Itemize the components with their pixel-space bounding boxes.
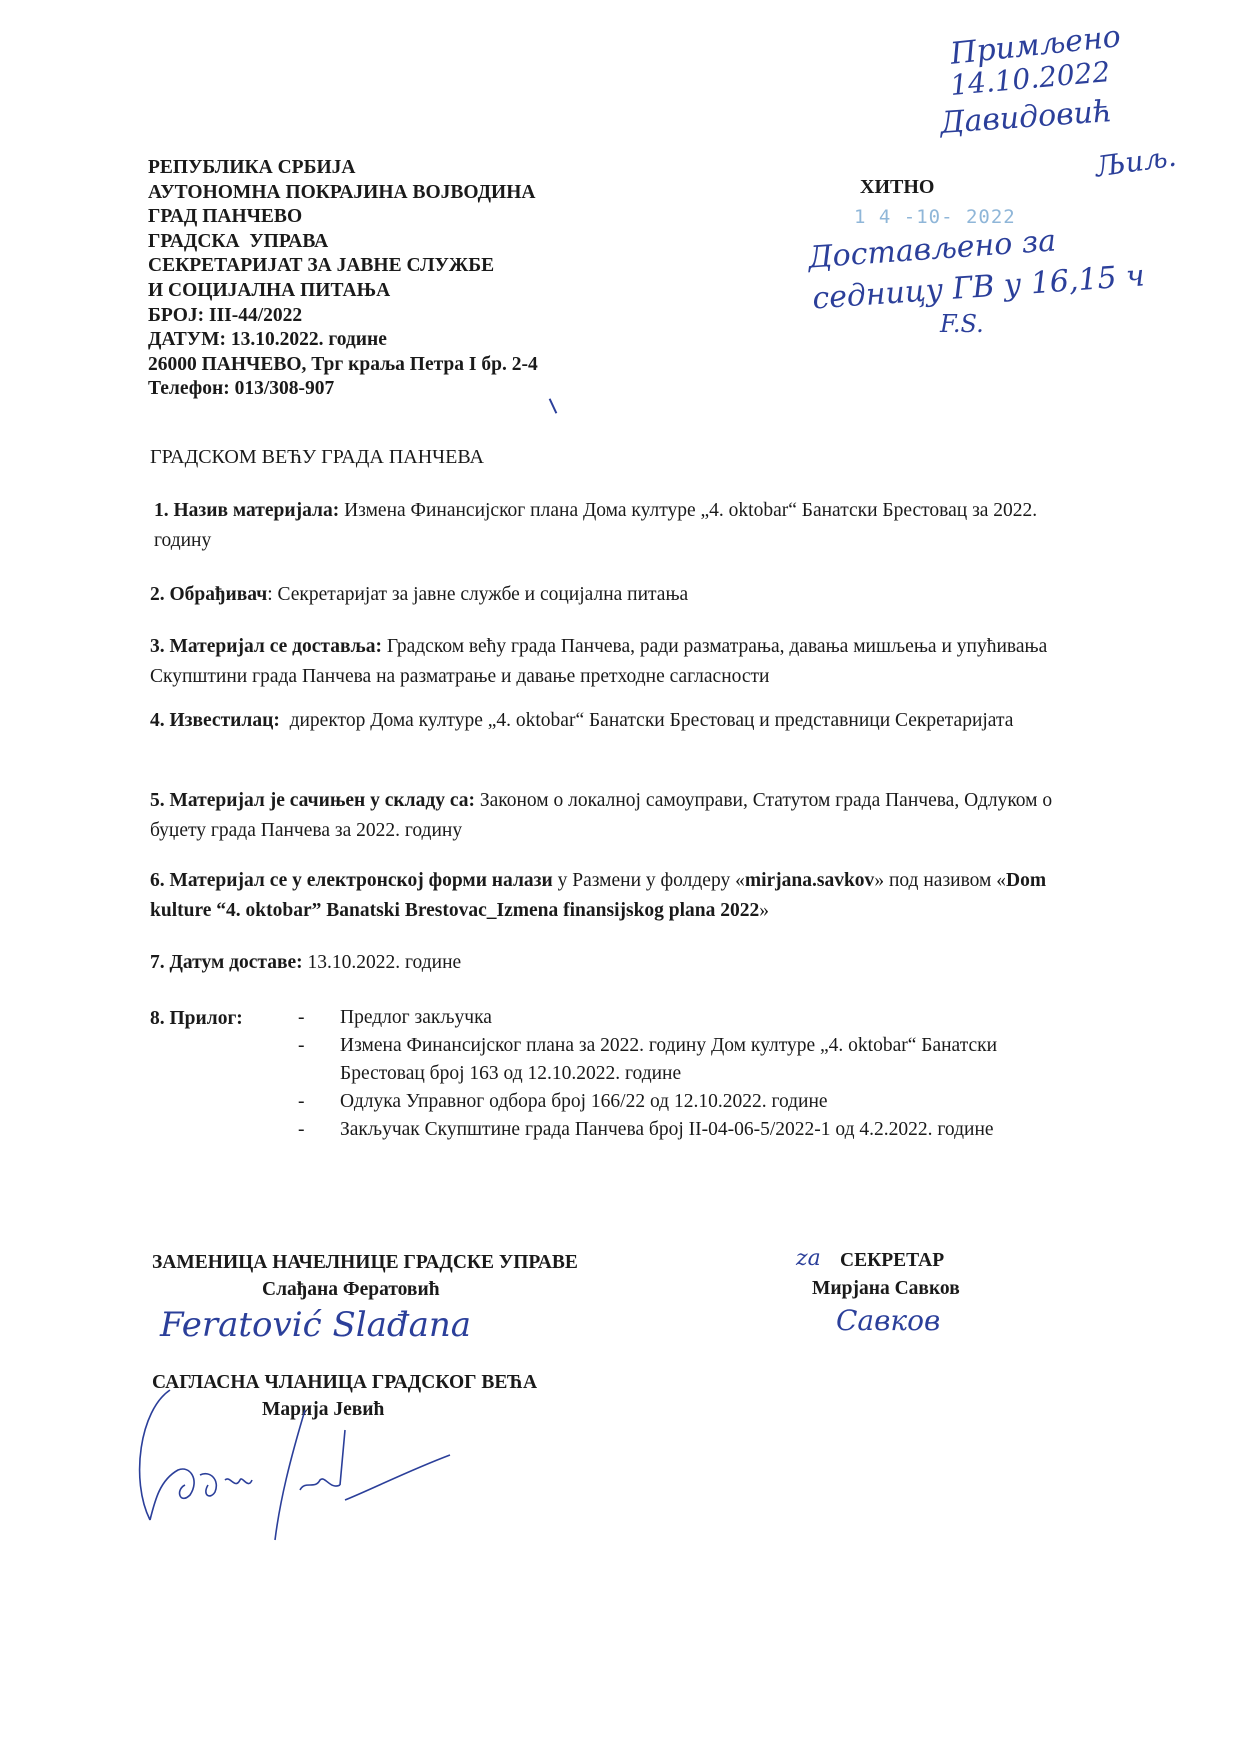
address: 26000 ПАНЧЕВО, Трг краља Петра I бр. 2-4: [148, 353, 538, 378]
item-legal-basis: 5. Материјал је сачињен у складу са: Зак…: [150, 786, 1080, 846]
item-reporter: 4. Известилац: директор Дома културе „4.…: [150, 706, 1080, 736]
item-delivered-to: 3. Материјал се доставља: Градском већу …: [150, 632, 1080, 692]
item-text: директор Дома културе „4. oktobar“ Банат…: [280, 710, 1014, 731]
folder-name: mirjana.savkov: [745, 870, 874, 891]
handwritten-note: Љиљ.: [1093, 139, 1178, 183]
letterhead-line: ГРАДСКА УПРАВА: [148, 230, 538, 255]
handwritten-note: Давидовић: [939, 94, 1113, 141]
item-material-name: 1. Назив материјала: Измена Финансијског…: [154, 496, 1084, 556]
letterhead-line: СЕКРЕТАРИЈАТ ЗА ЈАВНЕ СЛУЖБЕ: [148, 254, 538, 279]
attachment-item: -Одлука Управног одбора број 166/22 од 1…: [298, 1088, 1078, 1116]
secretary-signature: Савков: [836, 1304, 940, 1337]
letterhead: РЕПУБЛИКА СРБИЈА АУТОНОМНА ПОКРАЈИНА ВОЈ…: [148, 156, 538, 402]
item-text: : Секретаријат за јавне службе и социјал…: [267, 584, 688, 605]
letterhead-line: АУТОНОМНА ПОКРАЈИНА ВОЈВОДИНА: [148, 181, 538, 206]
item-label: 4. Известилац:: [150, 710, 280, 731]
document-number: БРОЈ: III-44/2022: [148, 304, 538, 329]
letterhead-line: ГРАД ПАНЧЕВО: [148, 205, 538, 230]
item-label: 2. Обрађивач: [150, 584, 267, 605]
letterhead-line: РЕПУБЛИКА СРБИЈА: [148, 156, 538, 181]
letterhead-line: И СОЦИЈАЛНА ПИТАЊА: [148, 279, 538, 304]
item-electronic-form: 6. Материјал се у електронској форми нал…: [150, 866, 1080, 926]
secretary-prefix: za: [796, 1246, 821, 1271]
attachments-list: -Предлог закључка -Измена Финансијског п…: [298, 1004, 1078, 1144]
attachment-item: -Измена Финансијског плана за 2022. годи…: [298, 1032, 1078, 1088]
council-member-signature: [130, 1380, 490, 1540]
document-date: ДАТУМ: 13.10.2022. године: [148, 328, 538, 353]
item-label: 5. Материјал је сачињен у складу са:: [150, 790, 475, 811]
item-label: 7. Датум доставе:: [150, 952, 303, 973]
received-stamp: 1 4 -10- 2022: [854, 206, 1016, 228]
item-delivery-date: 7. Датум доставе: 13.10.2022. године: [150, 948, 1080, 978]
item-author: 2. Обрађивач: Секретаријат за јавне служ…: [150, 580, 1080, 610]
secretary-name: Мирјана Савков: [812, 1278, 960, 1300]
urgent-label: ХИТНО: [860, 176, 934, 199]
item-label: 1. Назив материјала:: [154, 500, 339, 521]
item-text: 13.10.2022. године: [303, 952, 462, 973]
deputy-title: ЗАМЕНИЦА НАЧЕЛНИЦЕ ГРАДСКЕ УПРАВЕ: [152, 1252, 578, 1274]
phone: Телефон: 013/308-907: [148, 377, 538, 402]
item-label: 3. Материјал се доставља:: [150, 636, 382, 657]
attachment-item: -Предлог закључка: [298, 1004, 1078, 1032]
secretary-title: СЕКРЕТАР: [840, 1250, 944, 1272]
handwritten-initials: F.S.: [940, 310, 984, 338]
deputy-signature: Feratović Slađana: [160, 1305, 471, 1345]
item-label: 6. Материјал се у електронској форми нал…: [150, 870, 553, 891]
addressee: ГРАДСКОМ ВЕЋУ ГРАДА ПАНЧЕВА: [150, 446, 484, 469]
attachment-item: -Закључак Скупштине града Панчева број I…: [298, 1116, 1078, 1144]
deputy-name: Слађана Фератовић: [262, 1279, 440, 1301]
pen-mark: [549, 398, 558, 413]
